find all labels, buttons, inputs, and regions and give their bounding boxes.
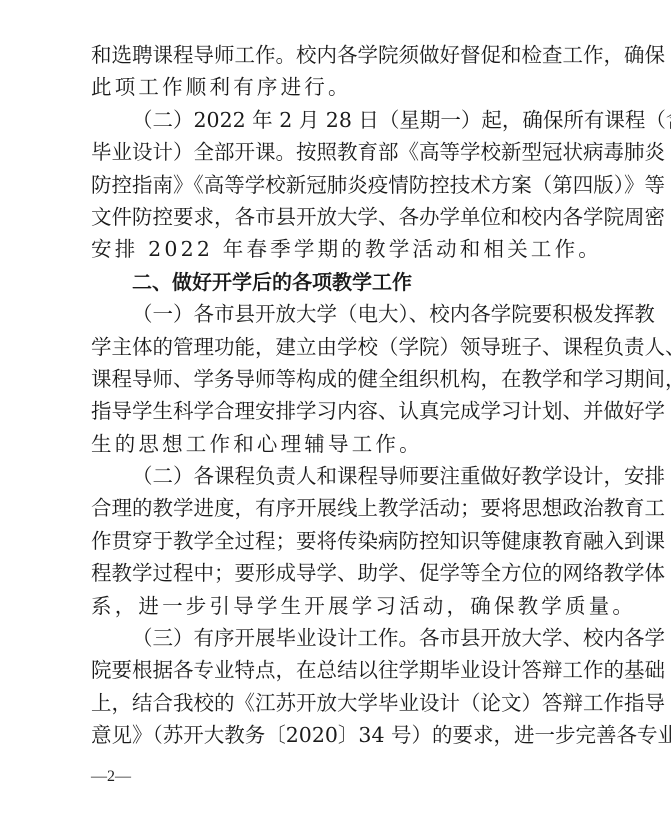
- paragraph-line: 院要根据各专业特点，在总结以往学期毕业设计答辩工作的基础: [91, 654, 591, 686]
- paragraph-line: 课程导师、学务导师等构成的健全组织机构，在教学和学习期间，: [91, 363, 591, 395]
- paragraph-line: 程教学过程中；要形成导学、助学、促学等全方位的网络教学体: [91, 557, 591, 589]
- paragraph-line: 指导学生科学合理安排学习内容、认真完成学习计划、并做好学: [91, 395, 591, 427]
- paragraph-line: 生的思想工作和心理辅导工作。: [91, 428, 591, 460]
- page-number: —2—: [91, 767, 131, 787]
- paragraph-line: （二）各课程负责人和课程导师要注重做好教学设计，安排: [91, 460, 591, 492]
- paragraph-line: （三）有序开展毕业设计工作。各市县开放大学、校内各学: [91, 622, 591, 654]
- paragraph-line: 上，结合我校的《江苏开放大学毕业设计（论文）答辩工作指导: [91, 687, 591, 719]
- paragraph-line: （二）2022 年 2 月 28 日（星期一）起，确保所有课程（含: [91, 104, 591, 136]
- section-heading: 二、做好开学后的各项教学工作: [91, 266, 591, 298]
- paragraph-line: 意见》（苏开大教务〔2020〕34 号）的要求，进一步完善各专业: [91, 719, 591, 751]
- document-page: 和选聘课程导师工作。校内各学院须做好督促和检查工作，确保 此项工作顺利有序进行。…: [0, 0, 671, 816]
- paragraph-line: 毕业设计）全部开课。按照教育部《高等学校新型冠状病毒肺炎: [91, 136, 591, 168]
- document-body: 和选聘课程导师工作。校内各学院须做好督促和检查工作，确保 此项工作顺利有序进行。…: [91, 39, 591, 752]
- paragraph-line: 和选聘课程导师工作。校内各学院须做好督促和检查工作，确保: [91, 39, 591, 71]
- paragraph-line: 此项工作顺利有序进行。: [91, 71, 591, 103]
- paragraph-line: 合理的教学进度，有序开展线上教学活动；要将思想政治教育工: [91, 492, 591, 524]
- paragraph-line: 作贯穿于教学全过程；要将传染病防控知识等健康教育融入到课: [91, 525, 591, 557]
- paragraph-line: （一）各市县开放大学（电大）、校内各学院要积极发挥教: [91, 298, 591, 330]
- paragraph-line: 防控指南》《高等学校新冠肺炎疫情防控技术方案（第四版）》等: [91, 169, 591, 201]
- paragraph-line: 系，进一步引导学生开展学习活动，确保教学质量。: [91, 590, 591, 622]
- paragraph-line: 学主体的管理功能，建立由学校（学院）领导班子、课程负责人、: [91, 331, 591, 363]
- paragraph-line: 文件防控要求，各市县开放大学、各办学单位和校内各学院周密: [91, 201, 591, 233]
- paragraph-line: 安排 2022 年春季学期的教学活动和相关工作。: [91, 233, 591, 265]
